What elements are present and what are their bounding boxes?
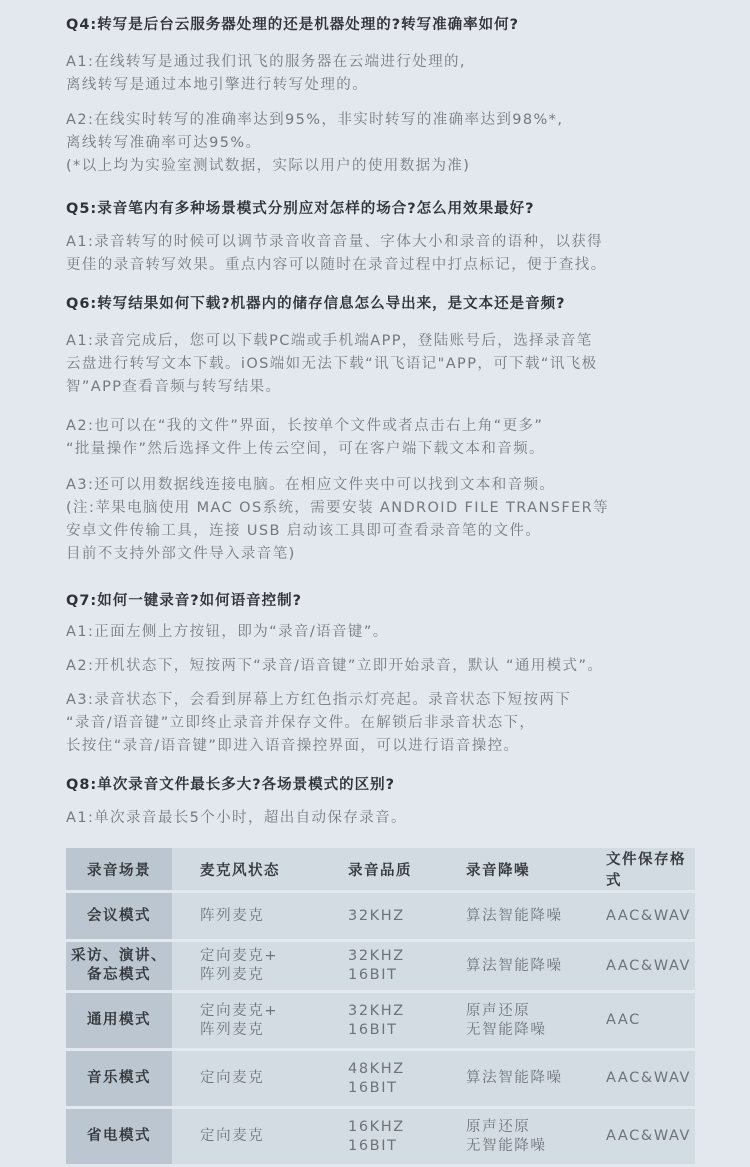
answer-line: (*以上均为实验室测试数据，实际以用户的使用数据为准): [66, 155, 563, 178]
cell-format: AAC: [580, 993, 695, 1048]
answer-line: (注:苹果电脑使用 MAC OS系统，需要安装 ANDROID FILE TRA…: [66, 497, 609, 520]
cell-scene: 通用模式: [66, 993, 172, 1048]
answer-line: A2:在线实时转写的准确率达到95%，非实时转写的准确率达到98%*,: [66, 109, 563, 132]
answer-line: A1:正面左侧上方按钮，即为“录音/语音键”。: [66, 621, 389, 644]
cell-quality: 16KHZ16BIT: [320, 1109, 438, 1164]
answer-line: 安卓文件传输工具，连接 USB 启动该工具即可查看录音笔的文件。: [66, 520, 609, 543]
faq-answer: A2:在线实时转写的准确率达到95%，非实时转写的准确率达到98%*, 离线转写…: [66, 109, 563, 178]
cell-mic: 阵列麦克: [172, 893, 320, 939]
cell-quality: 32KHZ16BIT: [320, 942, 438, 990]
answer-line: 离线转写是通过本地引擎进行转写处理的。: [66, 74, 466, 97]
cell-scene: 省电模式: [66, 1109, 172, 1164]
answer-line: “录音/语音键”立即终止录音并保存文件。在解锁后非录音状态下，: [66, 712, 571, 735]
cell-mic: 定向麦克+阵列麦克: [172, 942, 320, 990]
faq-answer: A2:开机状态下，短按两下“录音/语音键”立即开始录音，默认 “通用模式”。: [66, 655, 603, 678]
faq-answer: A2:也可以在“我的文件”界面，长按单个文件或者点击右上角“更多” “批量操作”…: [66, 415, 545, 461]
header-scene: 录音场景: [66, 848, 172, 890]
header-format: 文件保存格式: [580, 848, 695, 890]
cell-noise: 算法智能降噪: [438, 1051, 580, 1106]
answer-line: A2:也可以在“我的文件”界面，长按单个文件或者点击右上角“更多”: [66, 415, 545, 438]
cell-scene: 会议模式: [66, 893, 172, 939]
header-mic: 麦克风状态: [172, 848, 320, 890]
table-row: 音乐模式 定向麦克 48KHZ16BIT 算法智能降噪 AAC&WAV: [66, 1051, 695, 1106]
faq-question-q7: Q7:如何一键录音?如何语音控制?: [66, 589, 302, 610]
answer-line: 离线转写准确率可达95%。: [66, 132, 563, 155]
answer-line: A3:还可以用数据线连接电脑。在相应文件夹中可以找到文本和音频。: [66, 474, 609, 497]
faq-answer: A1:录音完成后，您可以下载PC端或手机端APP，登陆账号后，选择录音笔 云盘进…: [66, 330, 598, 399]
answer-line: A2:开机状态下，短按两下“录音/语音键”立即开始录音，默认 “通用模式”。: [66, 655, 603, 678]
answer-line: “批量操作”然后选择文件上传云空间，可在客户端下载文本和音频。: [66, 438, 545, 461]
table-row: 省电模式 定向麦克 16KHZ16BIT 原声还原无智能降噪 AAC&WAV: [66, 1109, 695, 1164]
header-quality: 录音品质: [320, 848, 438, 890]
table-row: 会议模式 阵列麦克 32KHZ 算法智能降噪 AAC&WAV: [66, 893, 695, 939]
cell-scene: 音乐模式: [66, 1051, 172, 1106]
cell-noise: 原声还原无智能降噪: [438, 993, 580, 1048]
faq-answer: A1:单次录音最长5个小时，超出自动保存录音。: [66, 807, 407, 830]
faq-question-q8: Q8:单次录音文件最长多大?各场景模式的区别?: [66, 773, 395, 794]
cell-format: AAC&WAV: [580, 1109, 695, 1164]
cell-format: AAC&WAV: [580, 942, 695, 990]
cell-quality: 32KHZ16BIT: [320, 993, 438, 1048]
answer-line: 长按住“录音/语音键”即进入语音操控界面，可以进行语音操控。: [66, 735, 571, 758]
cell-noise: 原声还原无智能降噪: [438, 1109, 580, 1164]
answer-line: A1:单次录音最长5个小时，超出自动保存录音。: [66, 807, 407, 830]
cell-noise: 算法智能降噪: [438, 893, 580, 939]
cell-mic: 定向麦克+阵列麦克: [172, 993, 320, 1048]
cell-noise: 算法智能降噪: [438, 942, 580, 990]
cell-format: AAC&WAV: [580, 893, 695, 939]
answer-line: 目前不支持外部文件导入录音笔): [66, 543, 609, 566]
cell-scene: 采访、演讲、备忘模式: [66, 942, 172, 990]
faq-question-q5: Q5:录音笔内有多种场景模式分别应对怎样的场合?怎么用效果最好?: [66, 197, 535, 218]
scene-mode-table: 录音场景 麦克风状态 录音品质 录音降噪 文件保存格式 会议模式 阵列麦克 32…: [66, 845, 695, 1167]
answer-line: A1:录音转写的时候可以调节录音收音音量、字体大小和录音的语种，以获得: [66, 231, 607, 254]
cell-quality: 32KHZ: [320, 893, 438, 939]
table-header-row: 录音场景 麦克风状态 录音品质 录音降噪 文件保存格式: [66, 848, 695, 890]
table-row: 通用模式 定向麦克+阵列麦克 32KHZ16BIT 原声还原无智能降噪 AAC: [66, 993, 695, 1048]
faq-answer: A3:录音状态下，会看到屏幕上方红色指示灯亮起。录音状态下短按两下 “录音/语音…: [66, 689, 571, 758]
header-noise: 录音降噪: [438, 848, 580, 890]
cell-mic: 定向麦克: [172, 1109, 320, 1164]
faq-answer: A1:正面左侧上方按钮，即为“录音/语音键”。: [66, 621, 389, 644]
cell-mic: 定向麦克: [172, 1051, 320, 1106]
faq-answer: A3:还可以用数据线连接电脑。在相应文件夹中可以找到文本和音频。 (注:苹果电脑…: [66, 474, 609, 566]
answer-line: 云盘进行转写文本下载。iOS端如无法下载“讯飞语记"APP，可下载“讯飞极: [66, 353, 598, 376]
answer-line: 更佳的录音转写效果。重点内容可以随时在录音过程中打点标记，便于查找。: [66, 254, 607, 277]
faq-answer: A1:录音转写的时候可以调节录音收音音量、字体大小和录音的语种，以获得 更佳的录…: [66, 231, 607, 277]
answer-line: A3:录音状态下，会看到屏幕上方红色指示灯亮起。录音状态下短按两下: [66, 689, 571, 712]
faq-question-q6: Q6:转写结果如何下载?机器内的储存信息怎么导出来，是文本还是音频?: [66, 292, 566, 313]
table-row: 采访、演讲、备忘模式 定向麦克+阵列麦克 32KHZ16BIT 算法智能降噪 A…: [66, 942, 695, 990]
cell-quality: 48KHZ16BIT: [320, 1051, 438, 1106]
answer-line: A1:在线转写是通过我们讯飞的服务器在云端进行处理的,: [66, 51, 466, 74]
faq-answer: A1:在线转写是通过我们讯飞的服务器在云端进行处理的, 离线转写是通过本地引擎进…: [66, 51, 466, 97]
cell-format: AAC&WAV: [580, 1051, 695, 1106]
answer-line: 智”APP查看音频与转写结果。: [66, 376, 598, 399]
answer-line: A1:录音完成后，您可以下载PC端或手机端APP，登陆账号后，选择录音笔: [66, 330, 598, 353]
faq-question-q4: Q4:转写是后台云服务器处理的还是机器处理的?转写准确率如何?: [66, 13, 519, 34]
